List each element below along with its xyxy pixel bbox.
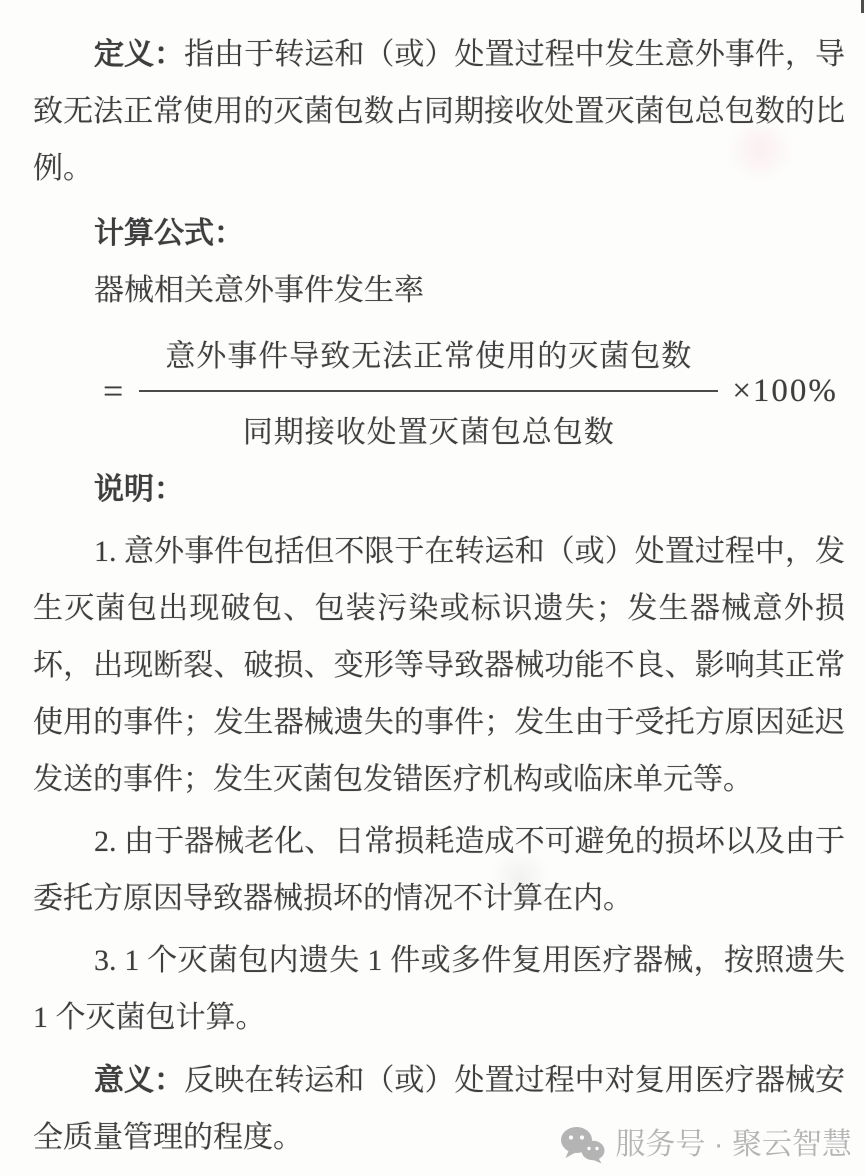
document-page: 定义：指由于转运和（或）处置过程中发生意外事件，导致无法正常使用的灭菌包数占同期… [0,0,866,1166]
fraction-numerator: 意外事件导致无法正常使用的灭菌包数 [139,331,718,392]
watermark-text: 服务号 · 聚云智慧 [615,1130,852,1160]
fraction-denominator: 同期接收处置灭菌包总包数 [139,392,718,451]
formula-heading: 计算公式： [33,205,845,262]
multiplier: ×100% [732,373,838,410]
note-item-1: 1. 意外事件包括但不限于在转运和（或）处置过程中，发生灭菌包出现破包、包装污染… [33,523,845,808]
significance-label: 意义： [94,1064,184,1097]
equals-sign: = [103,370,123,412]
note-item-3: 3. 1 个灭菌包内遗失 1 件或多件复用医疗器械，按照遗失 1 个灭菌包计算。 [33,932,845,1046]
fraction: 意外事件导致无法正常使用的灭菌包数 同期接收处置灭菌包总包数 [139,331,718,451]
wechat-icon [560,1126,605,1164]
scan-artifact-corner-tick [861,0,864,13]
definition-paragraph: 定义：指由于转运和（或）处置过程中发生意外事件，导致无法正常使用的灭菌包数占同期… [33,26,845,197]
formula: = 意外事件导致无法正常使用的灭菌包数 同期接收处置灭菌包总包数 ×100% [103,331,845,451]
note-item-2: 2. 由于器械老化、日常损耗造成不可避免的损坏以及由于委托方原因导致器械损坏的情… [33,813,845,927]
notes-heading: 说明： [33,461,845,518]
definition-label: 定义： [94,38,184,71]
watermark: 服务号 · 聚云智慧 [560,1126,852,1164]
formula-lhs: 器械相关意外事件发生率 [33,262,845,319]
